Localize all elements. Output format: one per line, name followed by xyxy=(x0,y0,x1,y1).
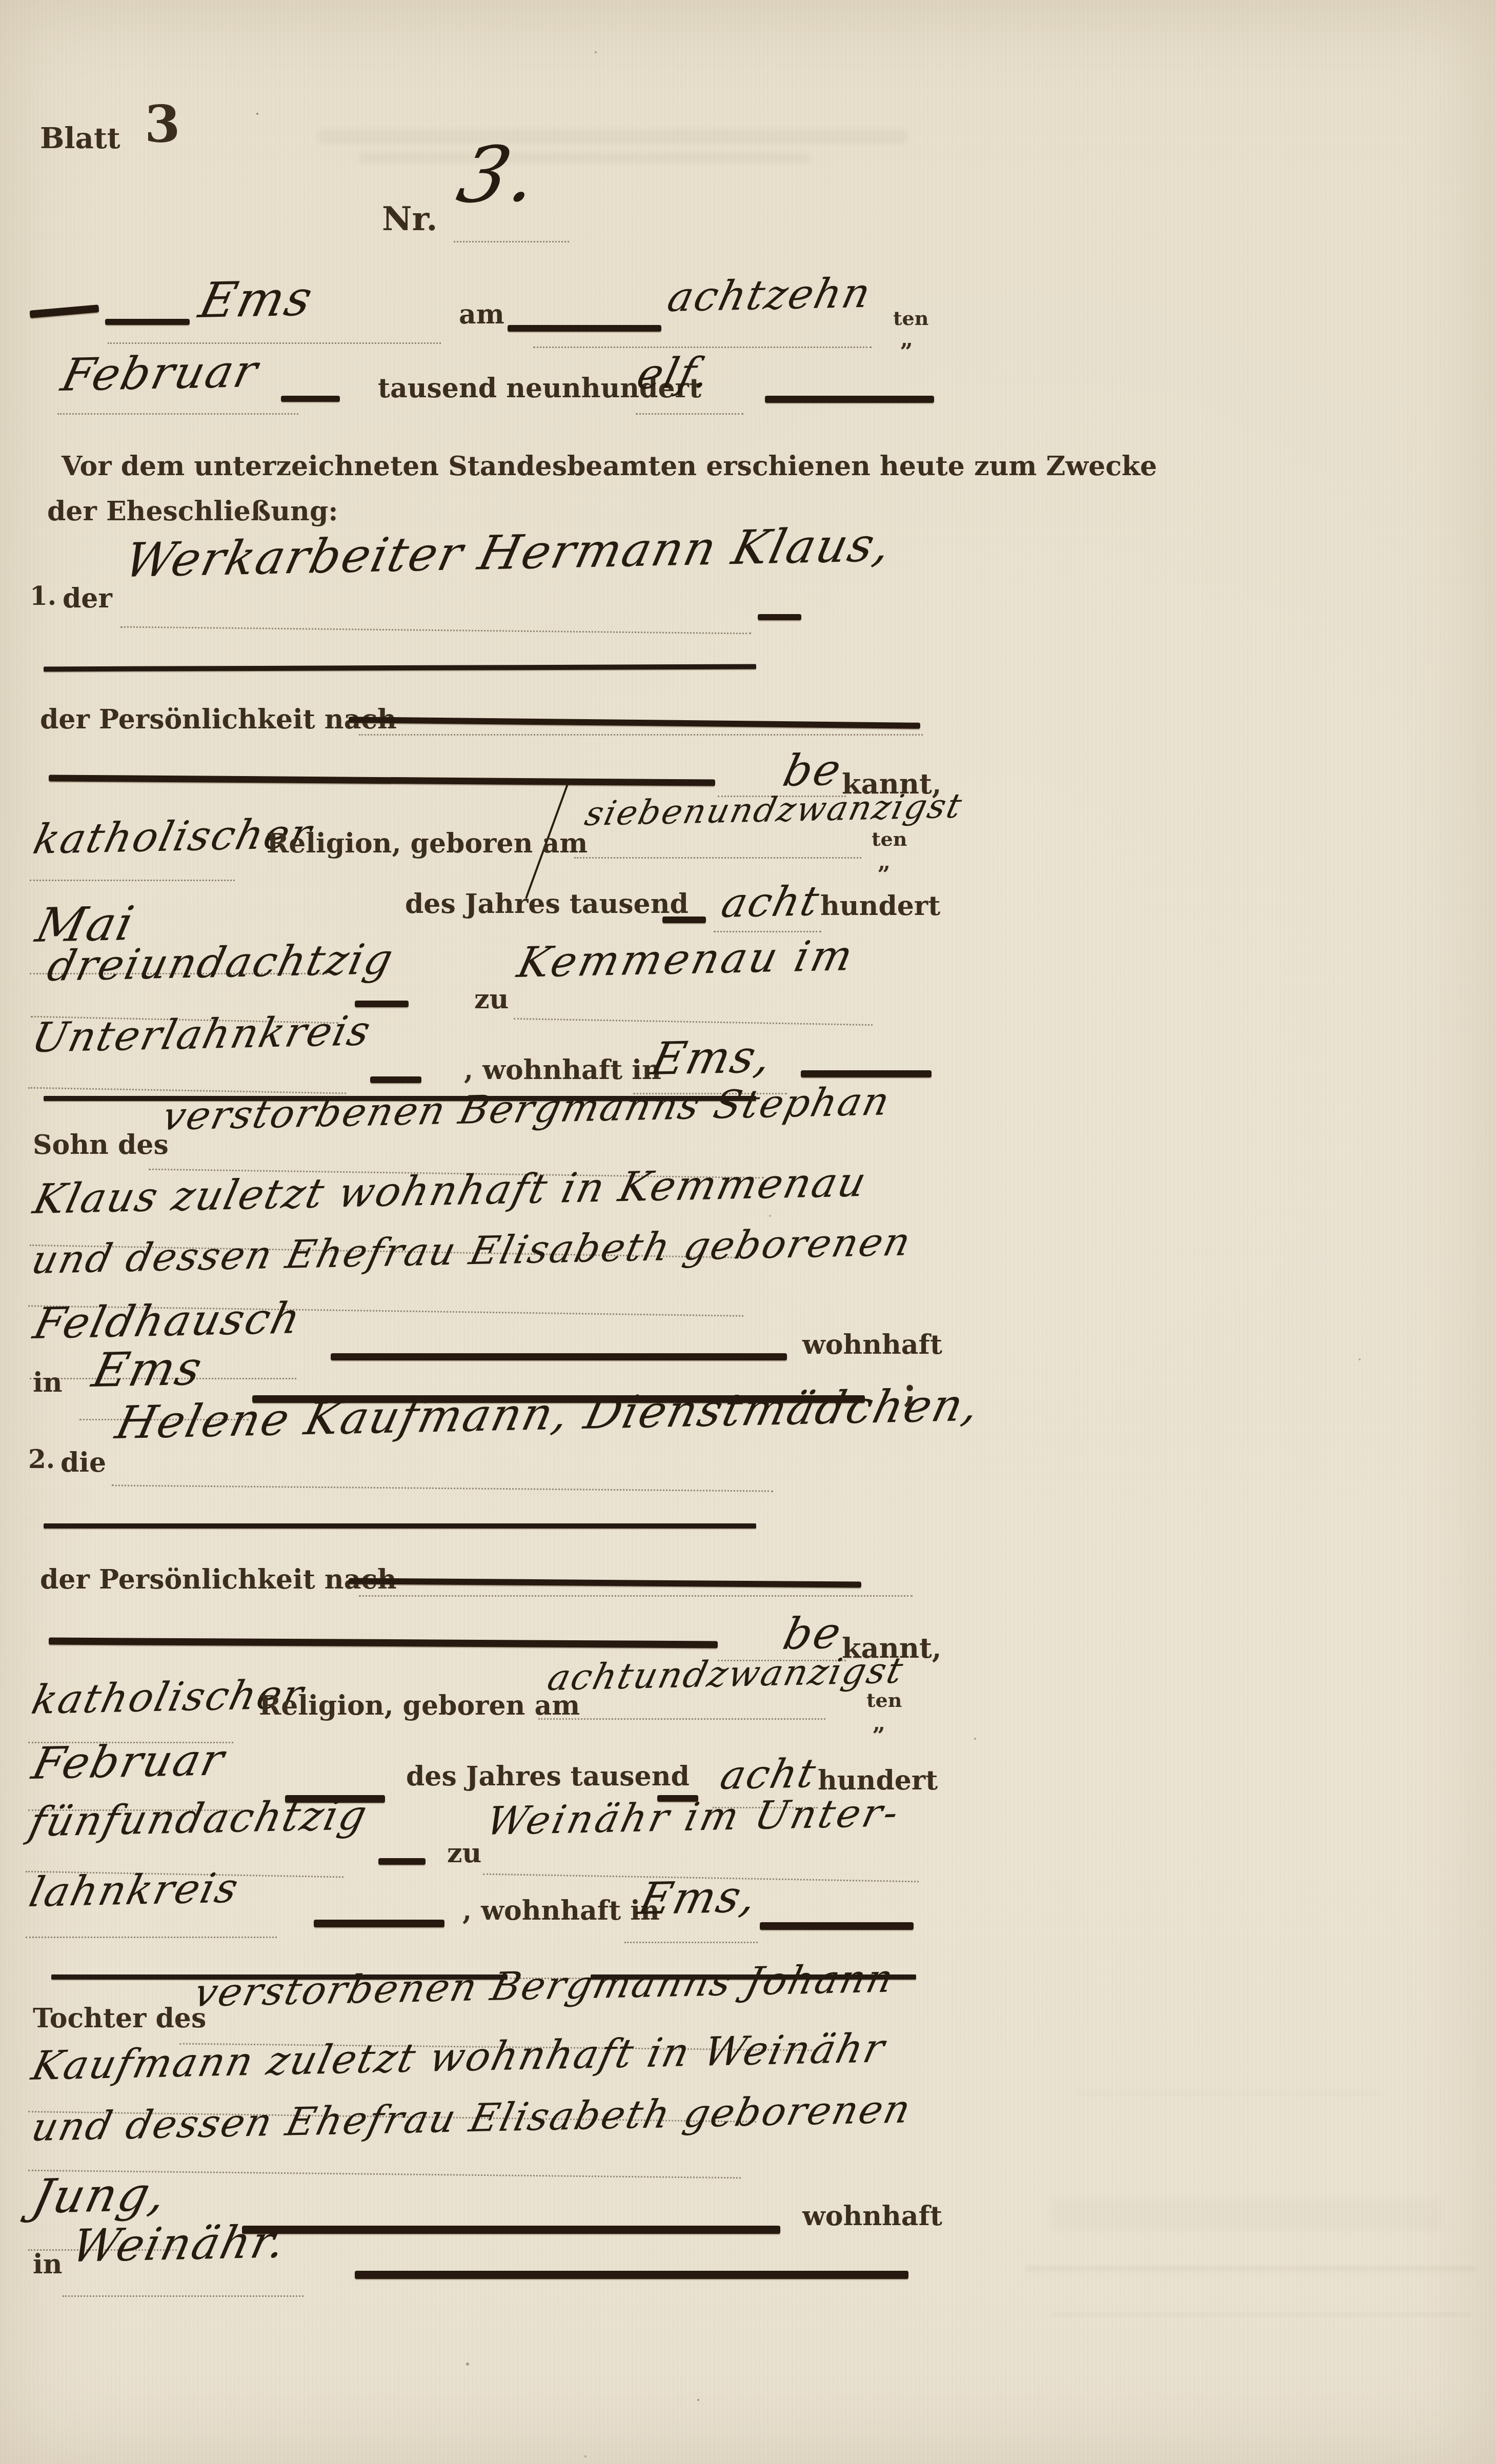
registration-month: Februar xyxy=(57,349,263,398)
bride-father: verstorbenen Bergmanns Johann xyxy=(191,1959,898,2012)
groom-birth-day: siebenundzwanzigst xyxy=(582,789,966,831)
bride-name: Helene Kaufmann, Dienstmädchen, xyxy=(112,1382,985,1445)
bride-parents-line3: und dessen Ehefrau Elisabeth geborenen xyxy=(28,2089,915,2147)
record-number-label: Nr. xyxy=(382,203,438,236)
ink-stroke xyxy=(105,319,190,325)
ink-stroke xyxy=(355,1001,409,1007)
dotted-line xyxy=(454,241,569,242)
bride-wohnhaft-label: , wohnhaft in xyxy=(462,1898,660,1924)
bride-zu-label: zu xyxy=(447,1840,481,1867)
sheet-number: 3 xyxy=(145,98,180,150)
dotted-line xyxy=(359,1595,913,1597)
bride-item-number: 2. xyxy=(28,1447,55,1472)
dotted-line xyxy=(63,2295,304,2297)
dotted-line xyxy=(538,1718,825,1720)
bride-parents-residence: Weinähr. xyxy=(68,2219,291,2269)
groom-wohnhaft-label: , wohnhaft in xyxy=(464,1057,661,1084)
ink-stroke xyxy=(508,325,661,332)
groom-residence: Ems, xyxy=(647,1034,777,1082)
continuation-mark: „ xyxy=(873,1712,885,1735)
continuation-mark: „ xyxy=(878,851,891,873)
ink-stroke xyxy=(378,1858,426,1865)
groom-known-hand: be xyxy=(779,748,846,793)
paper-speck xyxy=(256,113,258,115)
groom-zu-label: zu xyxy=(474,986,509,1013)
ink-stroke xyxy=(765,396,934,403)
dotted-line xyxy=(120,626,751,635)
groom-son-label: Sohn des xyxy=(33,1132,169,1158)
ink-stroke xyxy=(49,775,715,786)
groom-article: der xyxy=(63,585,112,612)
dotted-line xyxy=(514,1018,873,1026)
dotted-line xyxy=(636,413,743,415)
groom-in-label: in xyxy=(33,1370,63,1396)
bride-residence: Ems, xyxy=(635,1875,762,1921)
intro-line-2: der Eheschließung: xyxy=(47,498,338,525)
groom-wohnhaft2-label: wohnhaft xyxy=(802,1332,942,1358)
bride-birth-month: Februar xyxy=(28,1738,229,1786)
section-rule xyxy=(44,1523,756,1529)
groom-religion-label: Religion, geboren am xyxy=(267,830,588,857)
groom-parents-residence: Ems xyxy=(88,1345,208,1394)
ink-stroke xyxy=(242,2226,780,2234)
record-number-value: 3. xyxy=(451,136,548,214)
ink-stroke xyxy=(314,1920,444,1927)
dotted-line xyxy=(112,1484,773,1492)
ink-stroke xyxy=(758,614,801,620)
ink-stroke xyxy=(355,2271,908,2279)
bleed-through-smudge xyxy=(1051,2199,1441,2230)
intro-line-1: Vor dem unterzeichneten Standesbeamten e… xyxy=(62,453,1157,480)
ink-stroke xyxy=(662,917,706,923)
dotted-line xyxy=(533,347,872,348)
ink-stroke xyxy=(349,717,920,729)
ink-stroke xyxy=(281,396,340,402)
groom-birth-year: dreiundachtzig xyxy=(44,939,398,988)
groom-parents-line2: Klaus zuletzt wohnhaft in Kemmenau xyxy=(30,1162,871,1220)
bleed-through-smudge xyxy=(1025,2266,1477,2272)
registration-year: elf. xyxy=(633,352,715,396)
groom-name: Werkarbeiter Hermann Klaus, xyxy=(120,521,897,584)
bride-mother-maiden: Jung, xyxy=(28,2171,172,2221)
ten-suffix: ten xyxy=(893,309,928,328)
continuation-mark: „ xyxy=(900,328,913,351)
bride-wohnhaft2-label: wohnhaft xyxy=(802,2203,942,2230)
dotted-line xyxy=(624,1942,758,1943)
printed-am-label: am xyxy=(459,301,504,328)
ink-stroke xyxy=(331,1353,787,1360)
bride-daughter-label: Tochter des xyxy=(33,2005,206,2032)
dotted-line xyxy=(26,1937,277,1938)
groom-century: acht xyxy=(718,881,824,924)
ink-stroke xyxy=(349,1578,861,1588)
dotted-line xyxy=(574,857,861,859)
groom-identity-label: der Persönlichkeit nach xyxy=(40,706,397,733)
bride-known-hand: be xyxy=(779,1612,846,1656)
dotted-line xyxy=(108,342,441,344)
dotted-line xyxy=(30,880,235,881)
bride-article: die xyxy=(60,1450,106,1476)
ink-stroke xyxy=(760,1922,914,1930)
registry-document-page: Blatt 3 Nr. 3. Ems am achtzehn ten „ Feb… xyxy=(0,0,1496,2464)
bride-birth-year: fünfundachtzig xyxy=(26,1795,372,1843)
bride-parents-line2: Kaufmann zuletzt wohnhaft in Weinähr xyxy=(28,2028,889,2086)
registration-day: achtzehn xyxy=(664,273,876,318)
bride-birth-place: Weinähr im Unter- xyxy=(483,1793,904,1841)
groom-parents-line3: und dessen Ehefrau Elisabeth geborenen xyxy=(28,1222,915,1279)
ten-suffix: ten xyxy=(866,1691,902,1710)
bride-century: acht xyxy=(717,1754,821,1796)
bride-birth-day: achtundzwanzigst xyxy=(544,1653,907,1696)
ink-stroke xyxy=(49,1638,718,1648)
section-rule xyxy=(44,664,756,672)
bride-religion-label: Religion, geboren am xyxy=(259,1693,580,1719)
ink-stroke xyxy=(801,1070,932,1077)
groom-father: verstorbenen Bergmanns Stephan xyxy=(159,1082,895,1136)
groom-hundert-label: hundert xyxy=(820,893,940,920)
ten-suffix: ten xyxy=(872,829,907,849)
groom-birth-place: Kemmenau im xyxy=(514,935,859,984)
bleed-through-smudge xyxy=(1051,2312,1471,2317)
groom-jahres-label: des Jahres tausend xyxy=(405,891,689,918)
ink-stroke xyxy=(30,304,99,318)
groom-item-number: 1. xyxy=(30,583,56,609)
bride-in-label: in xyxy=(33,2251,63,2278)
bleed-through-smudge xyxy=(1077,2091,1384,2095)
registration-place: Ems xyxy=(195,274,318,325)
bride-jahres-label: des Jahres tausend xyxy=(406,1763,690,1790)
ink-stroke xyxy=(370,1076,421,1083)
dotted-line xyxy=(359,734,923,736)
sheet-label: Blatt xyxy=(40,124,120,153)
bleed-through-smudge xyxy=(359,153,810,163)
groom-birth-place-2: Unterlahnkreis xyxy=(28,1010,375,1058)
bride-birth-place-2: lahnkreis xyxy=(26,1868,243,1913)
dotted-line xyxy=(714,931,821,932)
dotted-line xyxy=(57,413,298,415)
bleed-through-smudge xyxy=(318,129,907,144)
bride-identity-label: der Persönlichkeit nach xyxy=(40,1566,397,1593)
groom-mother-maiden: Feldhausch xyxy=(30,1296,306,1345)
